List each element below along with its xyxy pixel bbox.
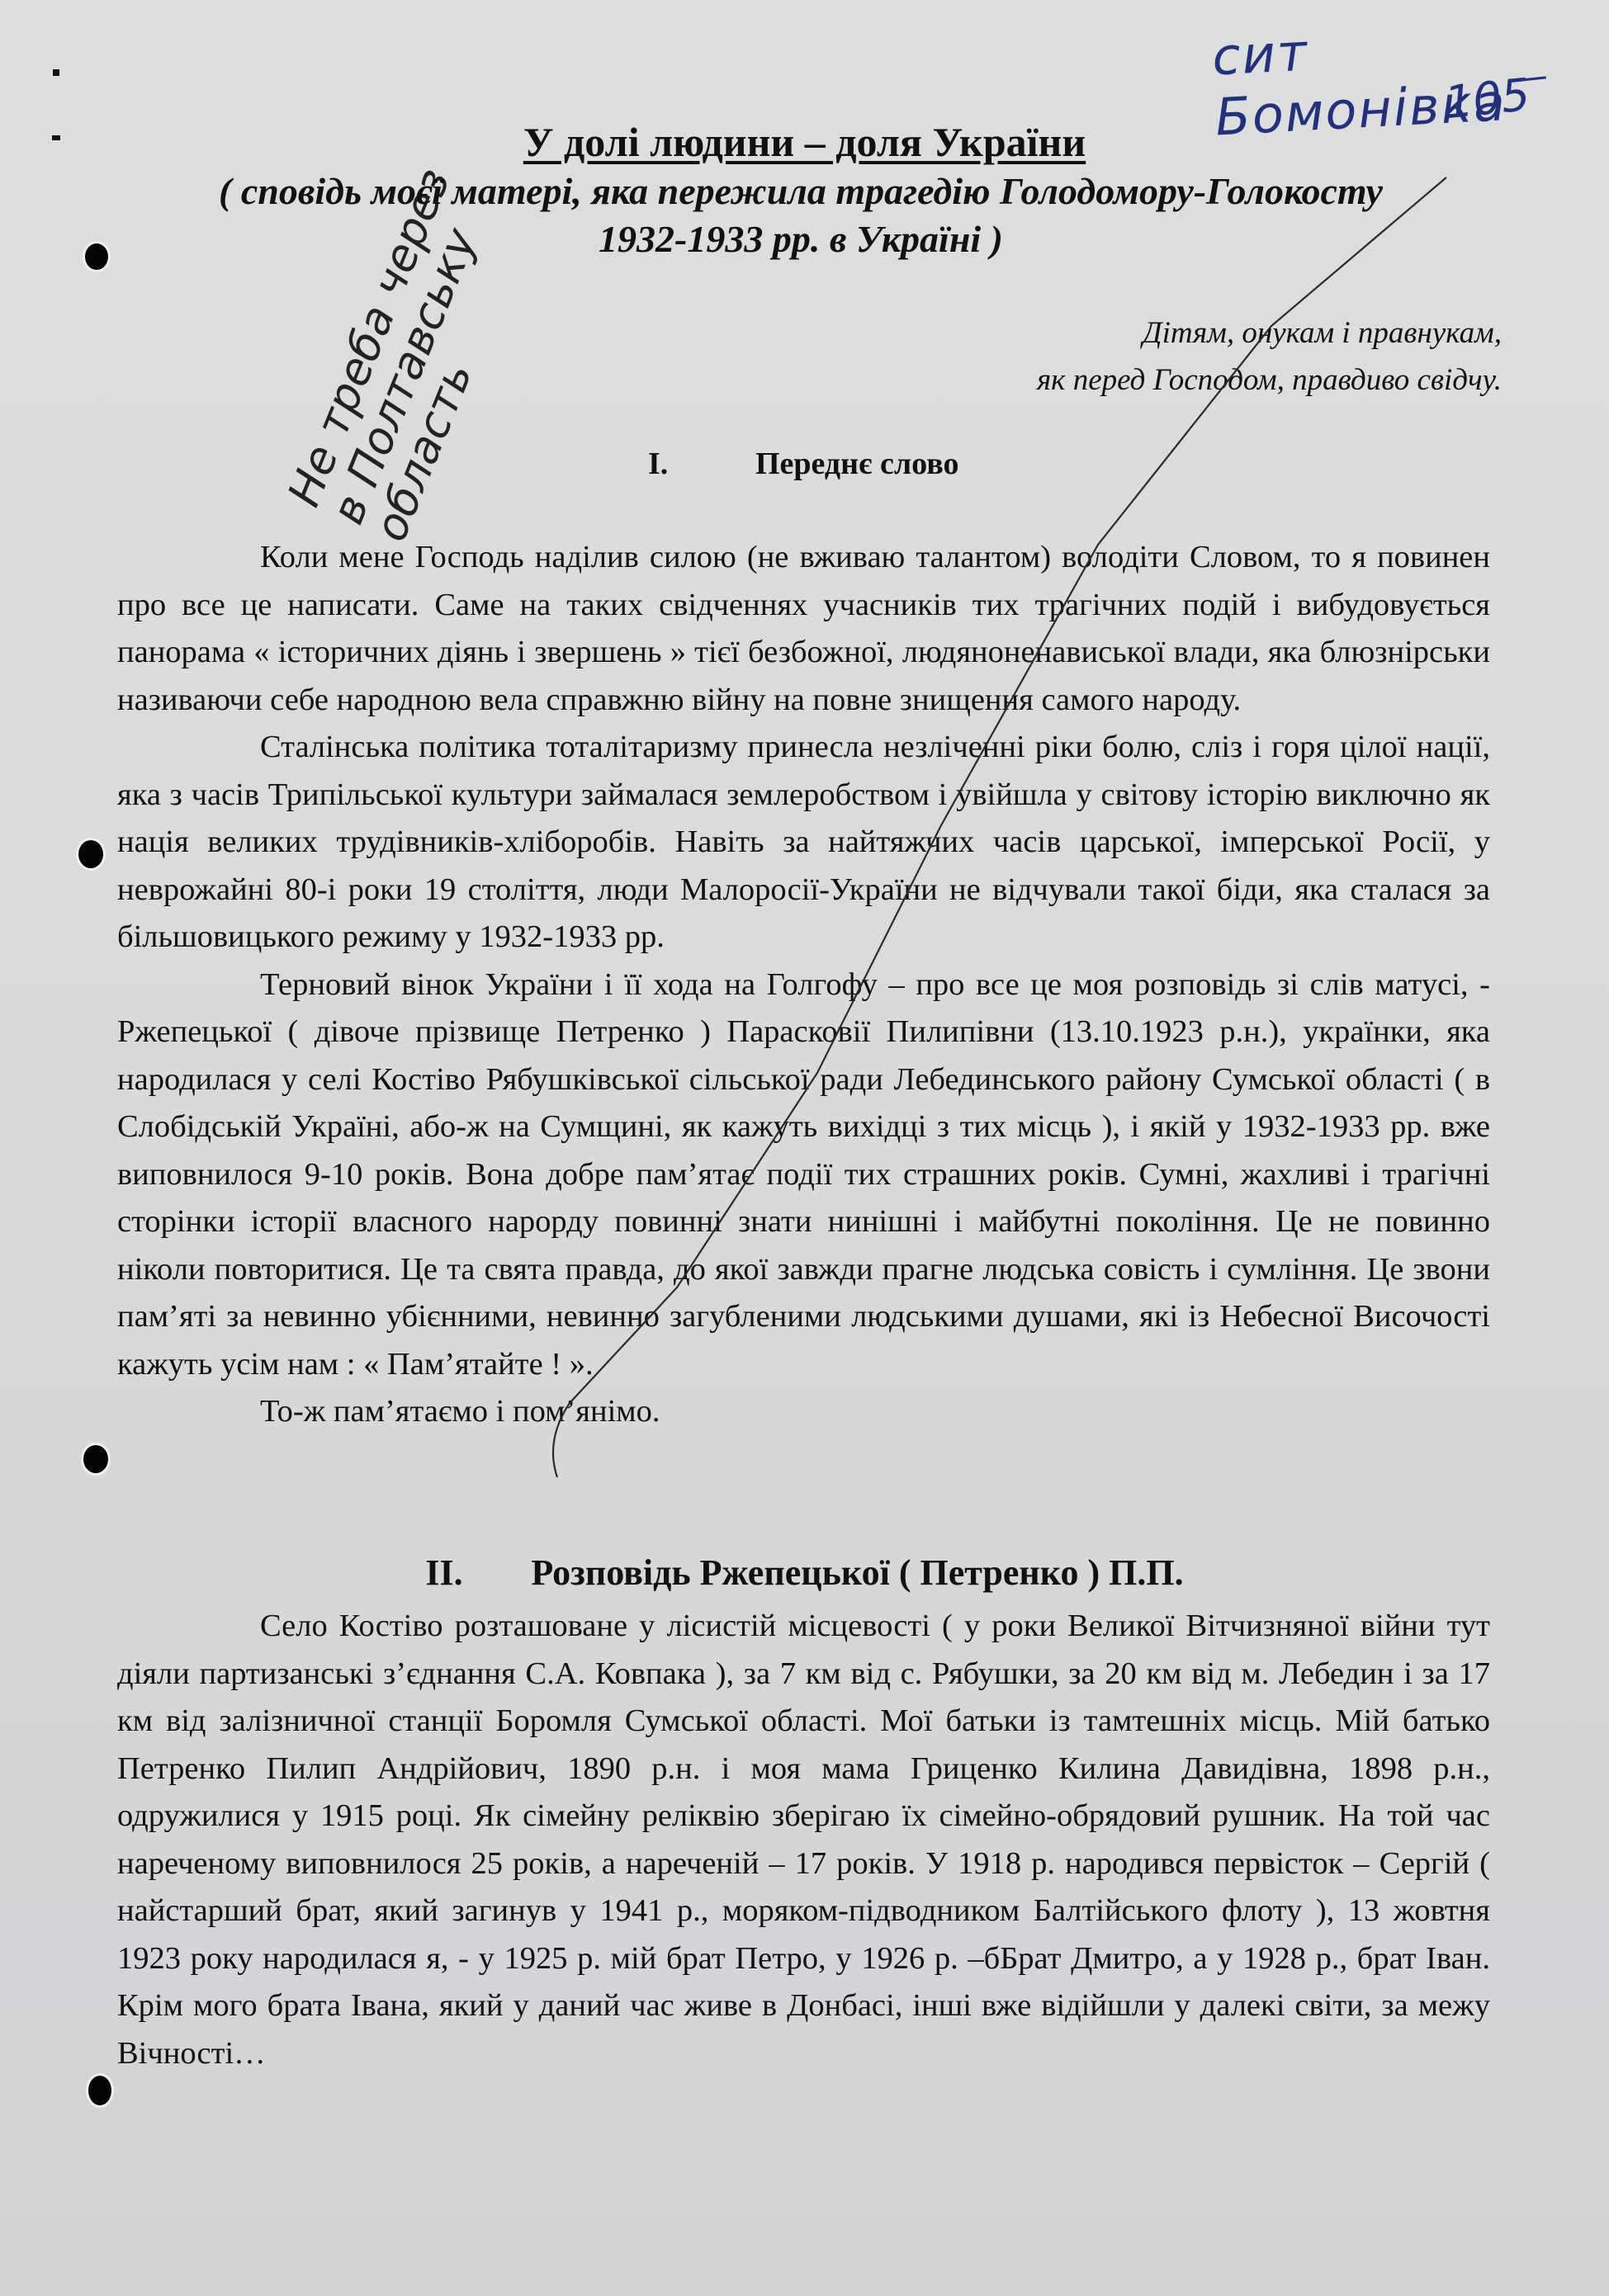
section-number: II. bbox=[425, 1552, 531, 1594]
section-title: Переднє слово bbox=[755, 446, 958, 481]
section-2-heading: II.Розповідь Ржепецької ( Петренко ) П.П… bbox=[0, 1552, 1609, 1594]
scanned-page: cит Бомонівка 105 Не треба через в Полта… bbox=[0, 0, 1609, 2296]
subtitle-line-2: 1932-1933 рр. в Україні ) bbox=[99, 215, 1503, 263]
punch-hole bbox=[83, 1445, 108, 1473]
subtitle-line-1: ( сповідь моєї матері, яка пережила траг… bbox=[99, 168, 1503, 215]
title-text: У долі людини – доля України bbox=[523, 119, 1086, 165]
dedication-line-2: як перед Господом, правдиво свідчу. bbox=[1037, 357, 1502, 404]
paragraph: То-ж пам’ятаємо і пом’янімо. bbox=[117, 1388, 1490, 1436]
margin-mark bbox=[53, 69, 59, 76]
dedication: Дітям, онукам і правнукам, як перед Госп… bbox=[1037, 309, 1502, 404]
dedication-line-1: Дітям, онукам і правнукам, bbox=[1037, 309, 1502, 357]
handwritten-note-left: Не треба через в Полтавську область bbox=[281, 266, 504, 548]
section-1-body: Коли мене Господь наділив силою (не вжив… bbox=[117, 534, 1490, 1436]
document-subtitle: ( сповідь моєї матері, яка пережила траг… bbox=[99, 168, 1503, 263]
section-2-body: Село Костіво розташоване у лісистій місц… bbox=[117, 1603, 1490, 2077]
punch-hole bbox=[78, 840, 103, 868]
paragraph: Терновий вінок України і її хода на Голг… bbox=[117, 961, 1490, 1389]
paragraph: Сталінська політика тоталітаризму принес… bbox=[117, 724, 1490, 961]
paragraph: Коли мене Господь наділив силою (не вжив… bbox=[117, 534, 1490, 724]
section-title: Розповідь Ржепецької ( Петренко ) П.П. bbox=[531, 1552, 1183, 1593]
punch-hole bbox=[88, 2076, 111, 2105]
section-1-heading: I.Переднє слово bbox=[648, 446, 958, 482]
section-number: I. bbox=[648, 446, 755, 482]
paragraph: Село Костіво розташоване у лісистій місц… bbox=[117, 1603, 1490, 2077]
document-title: У долі людини – доля України bbox=[0, 118, 1609, 166]
